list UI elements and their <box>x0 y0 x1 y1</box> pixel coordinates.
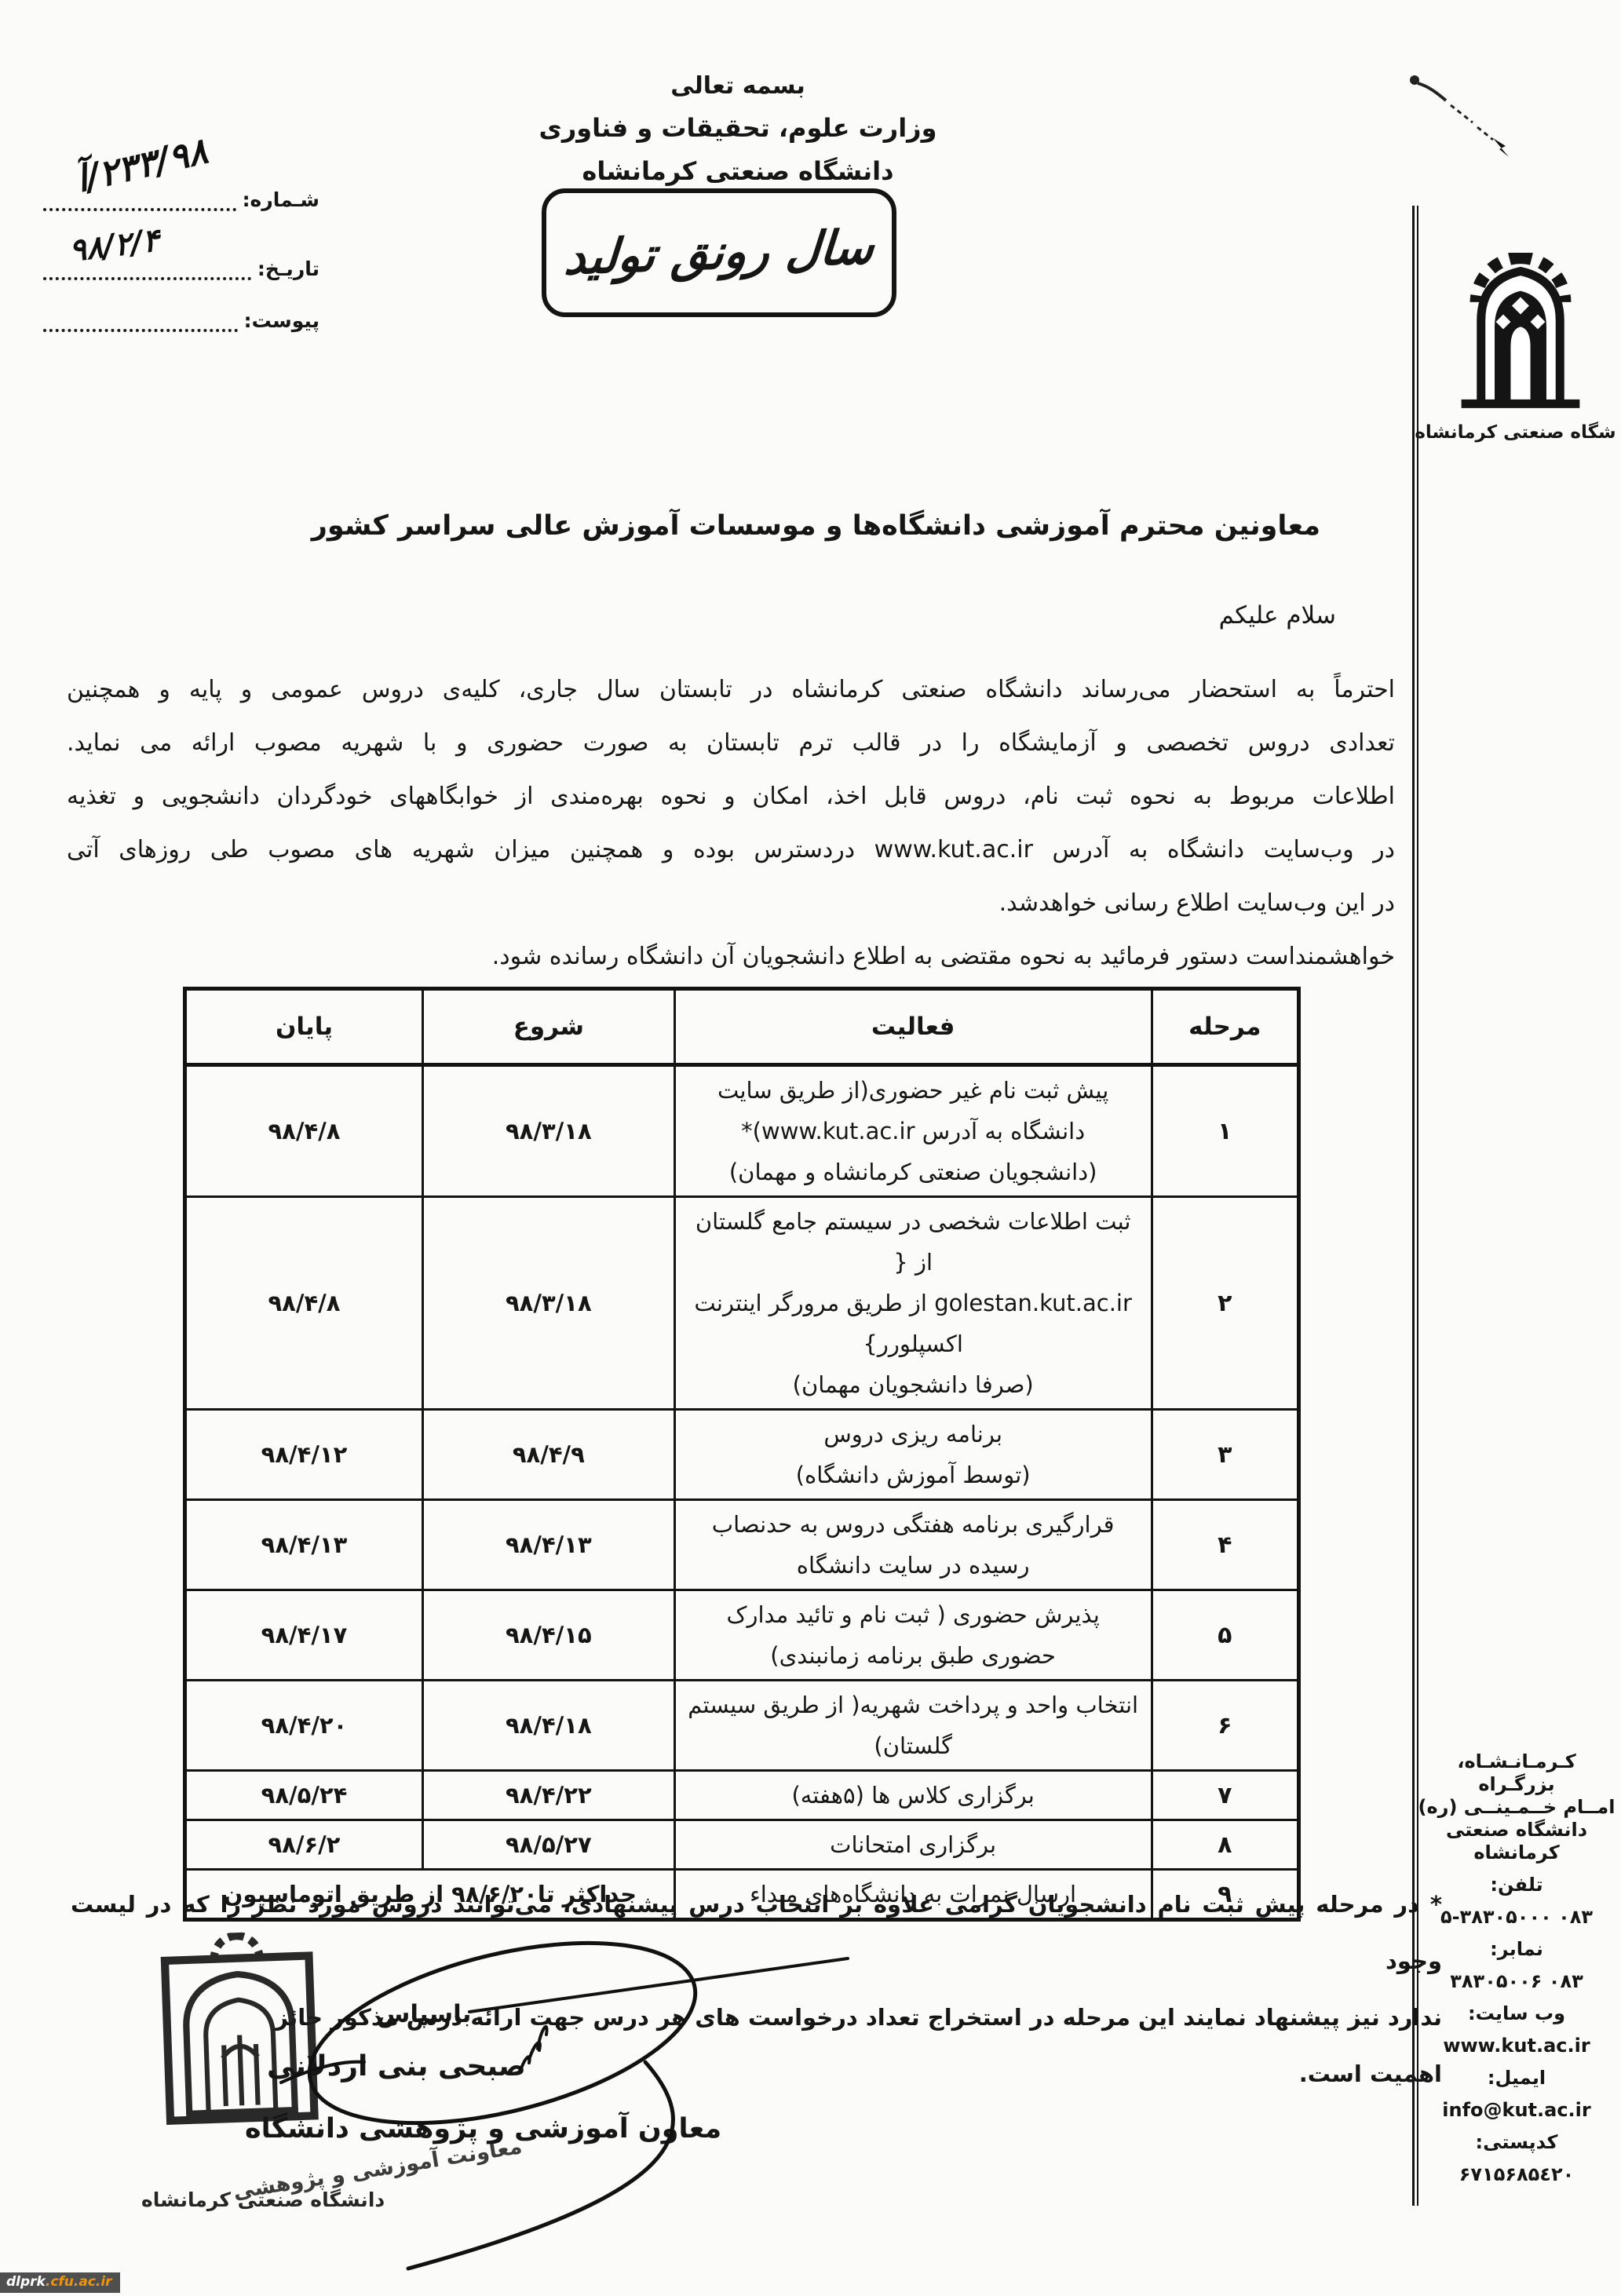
letterhead: بسمه تعالی وزارت علوم، تحقیقات و فناوری … <box>502 72 973 186</box>
watermark-bold: dlprk <box>6 2274 46 2290</box>
activity-text: برگزاری امتحانات <box>674 1820 1152 1870</box>
dotted-line <box>43 309 238 332</box>
activity-text: قرارگیری برنامه هفتگی دروس به حدنصاب رسی… <box>674 1500 1152 1590</box>
start-date: ۹۸/۴/۹ <box>422 1410 674 1500</box>
end-date: ۹۸/۴/۱۲ <box>185 1410 423 1500</box>
header-start: شروع <box>422 989 674 1065</box>
ref-attachment-label: پیوست: <box>244 309 319 332</box>
body-line: تعدادی دروس تخصصی و آزمایشگاه را در قالب… <box>67 717 1395 770</box>
recipient-title: معاونین محترم آموزشی دانشگاه‌ها و موسسات… <box>181 510 1320 542</box>
fax-label: نمابر: <box>1418 1938 1616 1961</box>
start-date: ۹۸/۵/۲۷ <box>422 1820 674 1870</box>
start-date: ۹۸/۳/۱۸ <box>422 1197 674 1410</box>
stage-number: ۸ <box>1152 1820 1298 1870</box>
stage-number: ۳ <box>1152 1410 1298 1500</box>
start-date: ۹۸/۴/۱۵ <box>422 1590 674 1681</box>
table-row: ۵ پذیرش حضوری ( ثبت نام و تائید مدارک حض… <box>185 1590 1299 1681</box>
start-date: ۹۸/۴/۱۳ <box>422 1500 674 1590</box>
pen-scan-artifact <box>1405 72 1523 162</box>
stage-number: ۷ <box>1152 1771 1298 1820</box>
table-row: ۲ ثبت اطلاعات شخصی در سیستم جامع گلستان … <box>185 1197 1299 1410</box>
body-line: در این وب‌سایت اطلاع رسانی خواهدشد. <box>67 877 1395 930</box>
request-line: خواهشمنداست دستور فرمائید به نحوه مقتضی … <box>67 930 1395 984</box>
ref-date-label: تاريـخ: <box>257 257 319 280</box>
end-date: ۹۸/۴/۱۷ <box>185 1590 423 1681</box>
website-label: وب سایت: <box>1418 2002 1616 2025</box>
watermark-rest: .cfu.ac.ir <box>46 2274 112 2290</box>
end-date: ۹۸/۶/۲ <box>185 1820 423 1870</box>
watermark-badge: dlprk.cfu.ac.ir <box>0 2272 120 2293</box>
table-header-row: مرحله فعالیت شروع پایان <box>185 989 1299 1065</box>
phone-label: تلفن: <box>1418 1874 1616 1896</box>
postal-code-label: کدپستی: <box>1418 2131 1616 2154</box>
table-row: ۸ برگزاری امتحانات ۹۸/۵/۲۷ ۹۸/۶/۲ <box>185 1820 1299 1870</box>
end-date: ۹۸/۴/۲۰ <box>185 1681 423 1771</box>
end-date: ۹۸/۴/۱۳ <box>185 1500 423 1590</box>
start-date: ۹۸/۴/۲۲ <box>422 1771 674 1820</box>
table-row: ۷ برگزاری کلاس ها (۵هفته) ۹۸/۴/۲۲ ۹۸/۵/۲… <box>185 1771 1299 1820</box>
table-row: ۱ پیش ثبت نام غیر حضوری(از طریق سایت دان… <box>185 1065 1299 1197</box>
body-line: در وب‌سایت دانشگاه به آدرس www.kut.ac.ir… <box>67 823 1395 877</box>
header-stage: مرحله <box>1152 989 1298 1065</box>
registration-schedule-table: مرحله فعالیت شروع پایان ۱ پیش ثبت نام غی… <box>183 987 1301 1922</box>
ministry-name: وزارت علوم، تحقیقات و فناوری <box>502 113 973 143</box>
activity-text: انتخاب واحد و پرداخت شهریه( از طریق سیست… <box>674 1681 1152 1771</box>
logo-caption: شگاه صنعتی کرمانشاه <box>1411 422 1619 443</box>
table-row: ۳ برنامه ریزی دروس (توسط آموزش دانشگاه) … <box>185 1410 1299 1500</box>
fax-value: ۰۸۳ ۳۸۳۰۵۰۰۶ <box>1418 1970 1616 1993</box>
stage-number: ۱ <box>1152 1065 1298 1197</box>
university-name: دانشگاه صنعتی کرمانشاه <box>502 156 973 186</box>
letter-body: احترماً به استحضار می‌رساند دانشگاه صنعت… <box>67 663 1395 984</box>
signature-scribble <box>267 1927 911 2288</box>
start-date: ۹۸/۴/۱۸ <box>422 1681 674 1771</box>
activity-text: پیش ثبت نام غیر حضوری(از طریق سایت دانشگ… <box>674 1065 1152 1197</box>
stage-number: ۲ <box>1152 1197 1298 1410</box>
activity-text: برنامه ریزی دروس (توسط آموزش دانشگاه) <box>674 1410 1152 1500</box>
sidebar-contact-info: کـرمـانـشـاه، بزرگـراه امــام خــمـینــی… <box>1418 1750 1616 2196</box>
body-line: اطلاعات مربوط به نحوه ثبت نام، دروس قابل… <box>67 770 1395 823</box>
year-slogan-text: سال رونق تولید <box>563 220 876 286</box>
header-end: پایان <box>185 989 423 1065</box>
ref-attachment-row: پیوست: <box>43 309 319 332</box>
email-label: ایمیل: <box>1418 2067 1616 2090</box>
phone-value: ۰۸۳ ۵-۳۸۳۰۵۰۰۰ <box>1418 1906 1616 1929</box>
postal-code-value: ۶۷۱۵۶۸۵٤۲۰ <box>1418 2163 1616 2186</box>
header-activity: فعالیت <box>674 989 1152 1065</box>
activity-text: پذیرش حضوری ( ثبت نام و تائید مدارک حضور… <box>674 1590 1152 1681</box>
scanned-letter-page: شـماره: تاريـخ: پیوست: ۲۳۳/۹۸/آ ۹۸/۲/۴ ب… <box>0 0 1621 2296</box>
email-value: info@kut.ac.ir <box>1418 2099 1616 2122</box>
activity-text: ثبت اطلاعات شخصی در سیستم جامع گلستان از… <box>674 1197 1152 1410</box>
activity-text: برگزاری کلاس ها (۵هفته) <box>674 1771 1152 1820</box>
year-slogan-box: سال رونق تولید <box>542 188 896 317</box>
stage-number: ۶ <box>1152 1681 1298 1771</box>
salutation: سلام علیکم <box>1099 601 1336 630</box>
end-date: ۹۸/۴/۸ <box>185 1065 423 1197</box>
end-date: ۹۸/۴/۸ <box>185 1197 423 1410</box>
besmele-text: بسمه تعالی <box>502 72 973 100</box>
end-date: ۹۸/۵/۲۴ <box>185 1771 423 1820</box>
table-row: ۶ انتخاب واحد و پرداخت شهریه( از طریق سی… <box>185 1681 1299 1771</box>
stage-number: ۴ <box>1152 1500 1298 1590</box>
table-row: ۴ قرارگیری برنامه هفتگی دروس به حدنصاب ر… <box>185 1500 1299 1590</box>
address-lines: کـرمـانـشـاه، بزرگـراه امــام خــمـینــی… <box>1418 1750 1616 1864</box>
university-logo-icon <box>1459 253 1583 419</box>
stage-number: ۵ <box>1152 1590 1298 1681</box>
start-date: ۹۸/۳/۱۸ <box>422 1065 674 1197</box>
body-line: احترماً به استحضار می‌رساند دانشگاه صنعت… <box>67 663 1395 717</box>
ref-number-label: شـماره: <box>243 188 319 211</box>
website-value: www.kut.ac.ir <box>1418 2035 1616 2057</box>
